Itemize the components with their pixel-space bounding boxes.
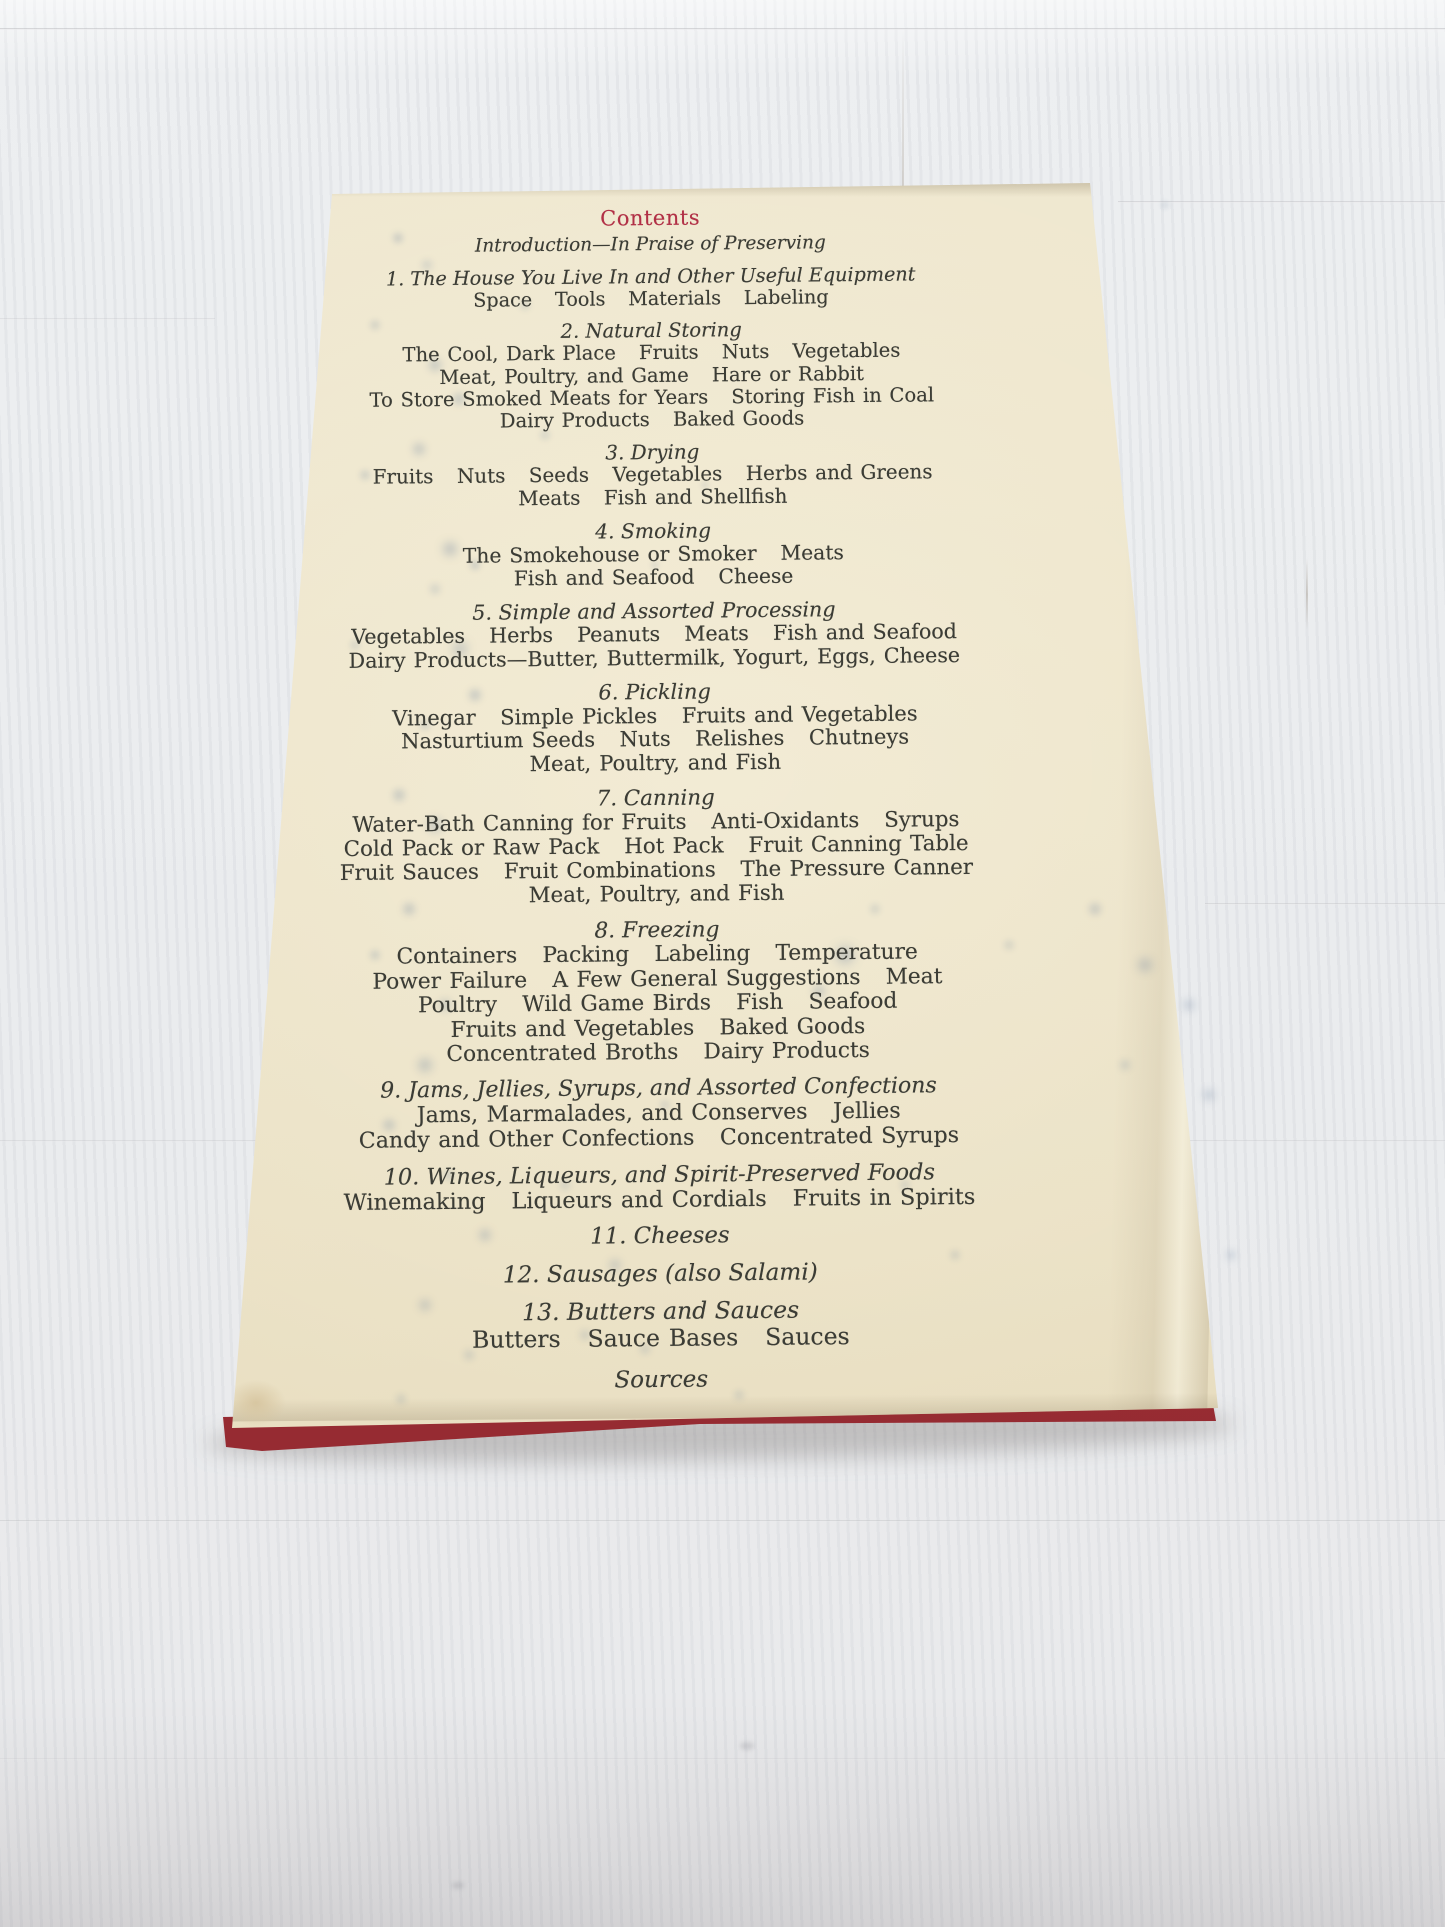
wall-seam: [1205, 903, 1445, 905]
chapter-block: 2. Natural StoringThe Cool, Dark Place F…: [246, 316, 1057, 434]
jacket-top-edge-shading: [300, 183, 1120, 197]
chapter-block: 1. The House You Live In and Other Usefu…: [246, 262, 1056, 313]
chapter-block: 6. PicklingVinegar Simple Pickles Fruits…: [250, 677, 1061, 780]
chapter-block: 9. Jams, Jellies, Syrups, and Assorted C…: [253, 1073, 1064, 1156]
chapter-block: 13. Butters and SaucesButters Sauce Base…: [256, 1294, 1066, 1355]
chapter-list: 1. The House You Live In and Other Usefu…: [246, 262, 1066, 1355]
chapter-heading: 12. Sausages (also Salami): [255, 1257, 1065, 1291]
wall-seam: [0, 1520, 1445, 1522]
introduction-line: Introduction—In Praise of Preserving: [245, 230, 1055, 259]
chapter-block: 4. SmokingThe Smokehouse or Smoker Meats…: [248, 516, 1059, 592]
chapter-block: 11. Cheeses: [255, 1220, 1065, 1254]
jacket-right-fold: [1107, 179, 1233, 1421]
wall-smudge: [740, 1742, 754, 1750]
chapter-block: 3. DryingFruits Nuts Seeds Vegetables He…: [247, 438, 1058, 513]
chapter-block: 7. CanningWater-Bath Canning for Fruits …: [251, 783, 1062, 911]
photo-scene: Contents Introduction—In Praise of Prese…: [0, 0, 1445, 1927]
chapter-heading: 11. Cheeses: [255, 1220, 1065, 1254]
wall-seam: [0, 318, 215, 320]
table-of-contents: Contents Introduction—In Praise of Prese…: [245, 202, 1066, 1397]
wall-smudge: [452, 1882, 464, 1889]
chapter-topics-line: Winemaking Liqueurs and Cordials Fruits …: [254, 1184, 1064, 1217]
wall-seam: [0, 28, 1445, 30]
wall-seam: [0, 1758, 1445, 1760]
wall-scratch: [1306, 558, 1308, 630]
chapter-block: 10. Wines, Liqueurs, and Spirit-Preserve…: [254, 1159, 1064, 1217]
chapter-block: 12. Sausages (also Salami): [255, 1257, 1065, 1291]
chapter-block: 8. FreezingContainers Packing Labeling T…: [252, 915, 1063, 1070]
wall-seam: [1118, 201, 1445, 203]
chapter-block: 5. Simple and Assorted ProcessingVegetab…: [249, 596, 1060, 674]
